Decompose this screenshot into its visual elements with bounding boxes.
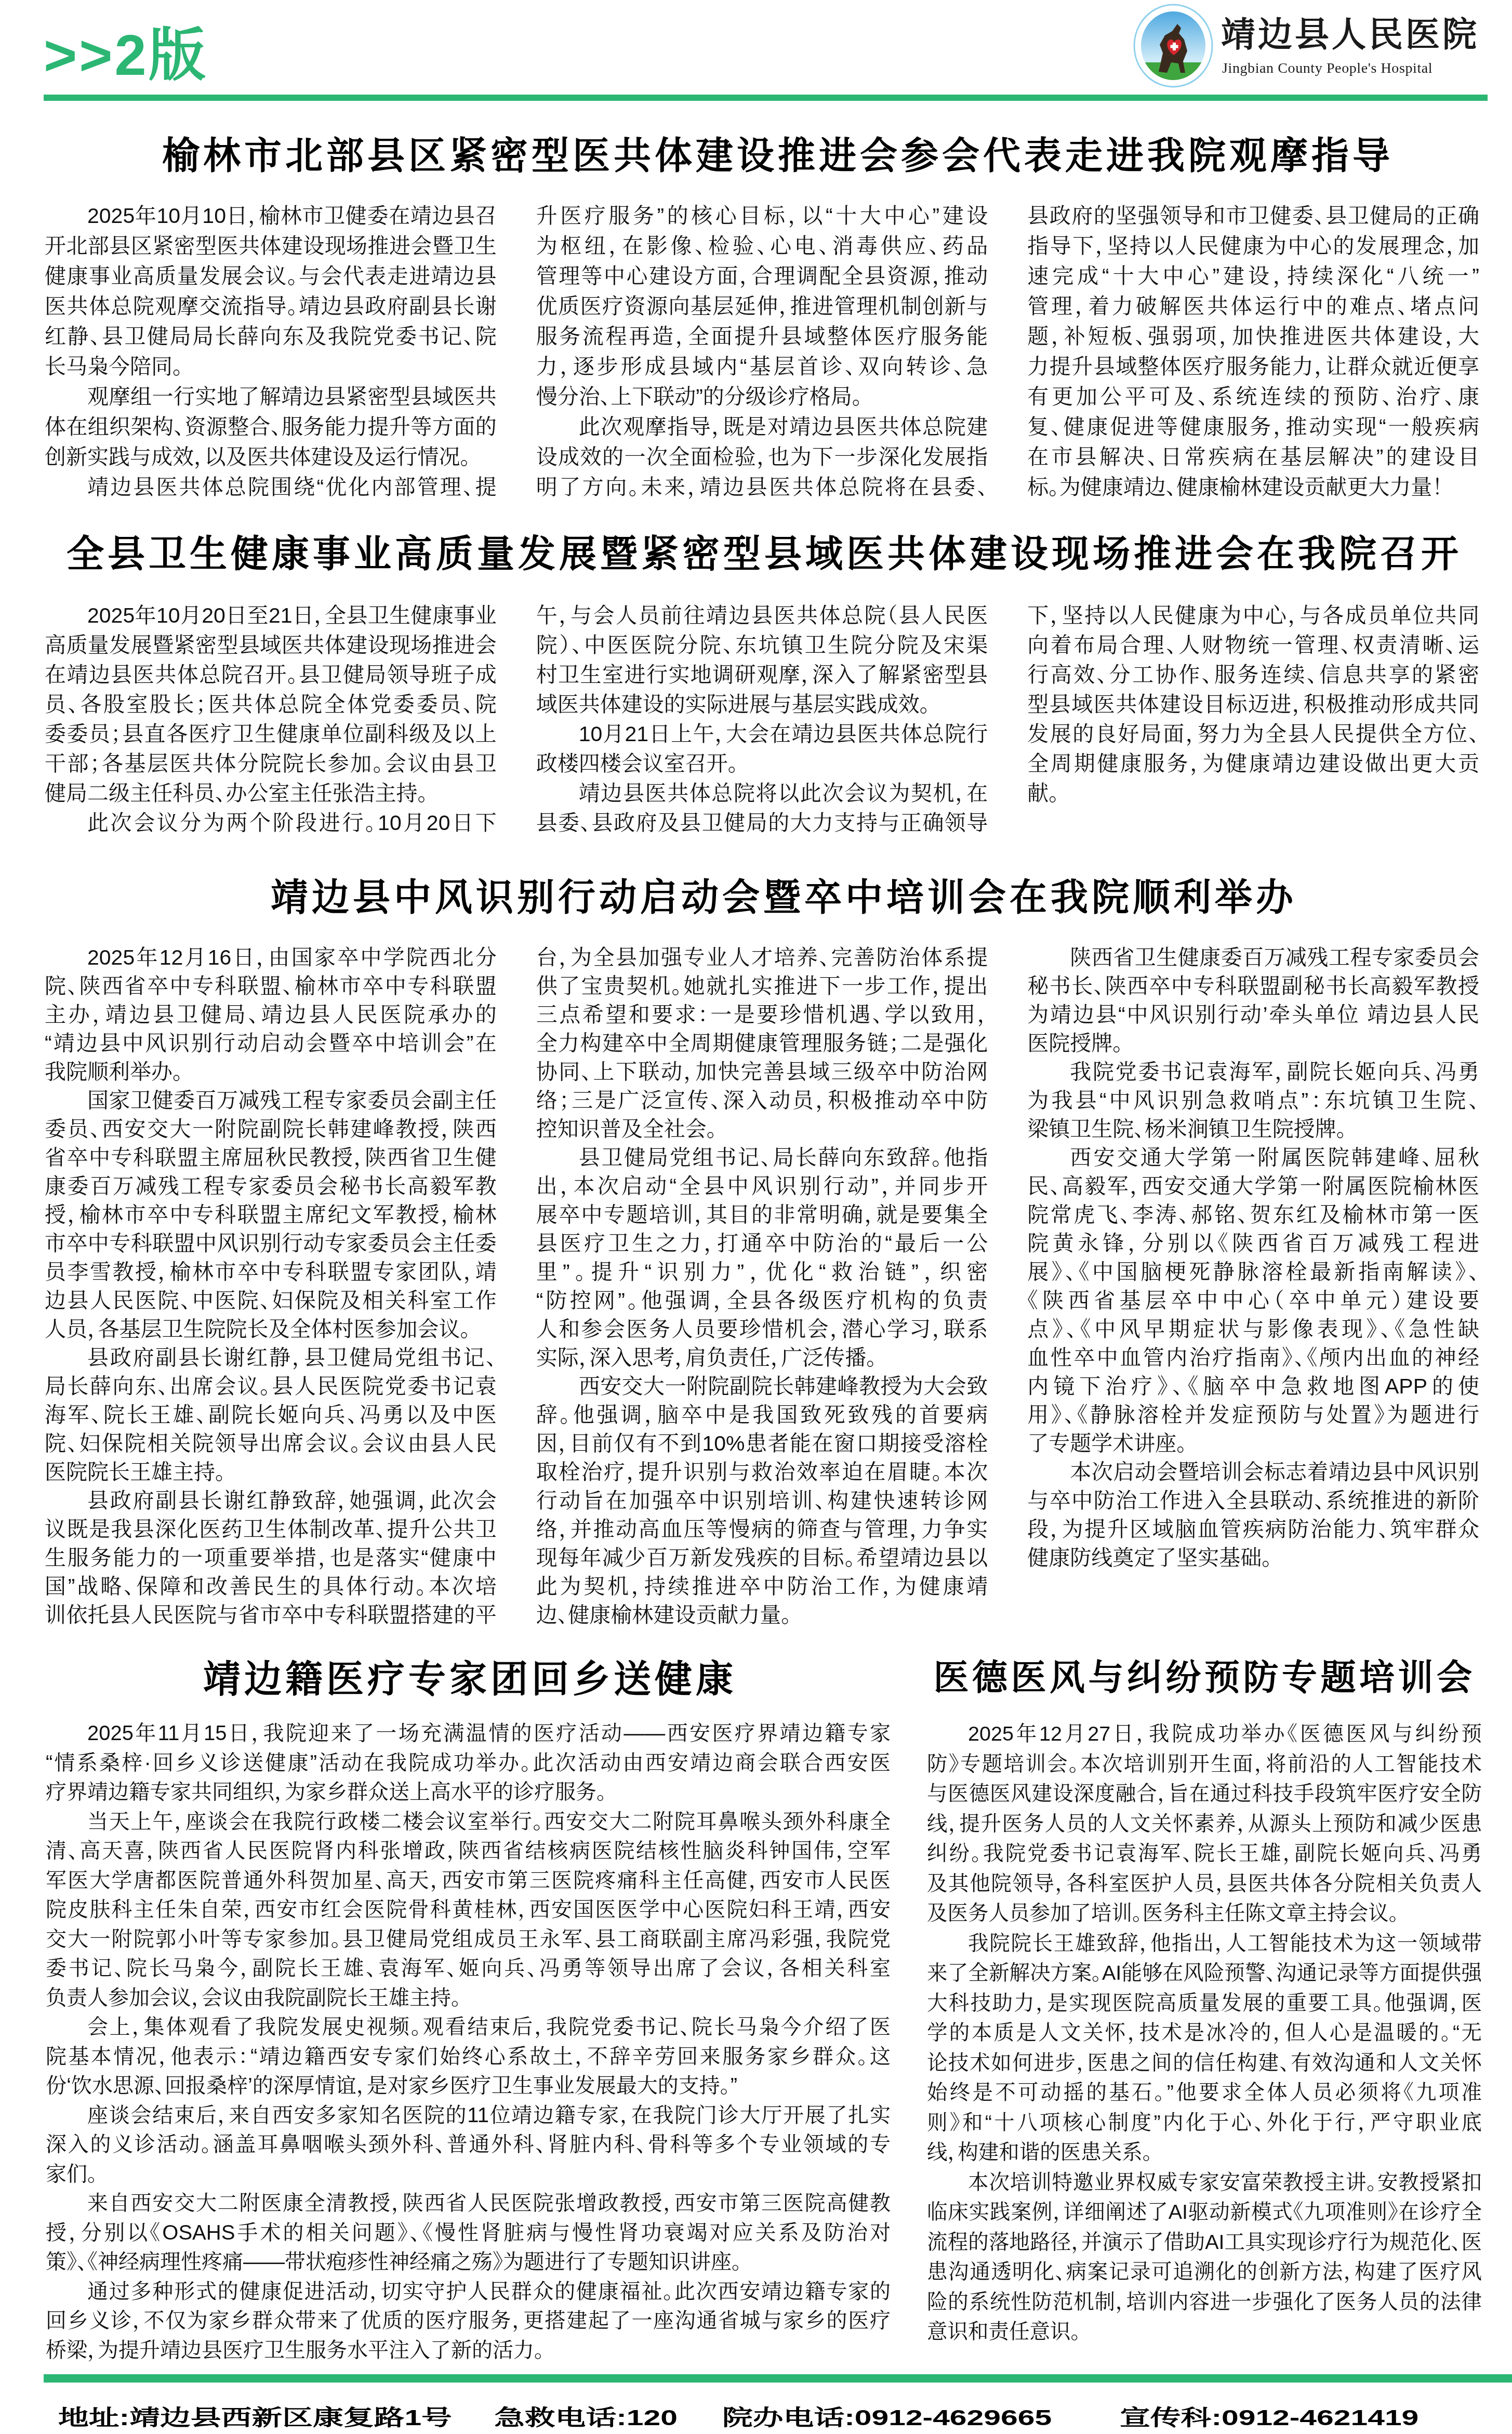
text-line: 我院党委书记袁海军，副院长姬向兵、冯勇 <box>1027 1058 1479 1086</box>
text-line: 险的系统性防范机制，培训内容进一步强化了医务人员的法律 <box>927 2287 1482 2318</box>
text-line: 《陕西省基层卒中中心（卒中单元）建设要 <box>1027 1286 1479 1315</box>
text-line: 村卫生室进行实地调研观摩，深入了解紧密型县 <box>536 660 988 690</box>
text-line: 协同、上下联动，加快完善县域三级卒中防治网 <box>536 1058 988 1086</box>
paragraph: 西安交大一附院副院长韩建峰教授为大会致辞。他强调，脑卒中是我国致死致残的首要病因… <box>536 1372 988 1629</box>
text-line: 通过多种形式的健康促进活动，切实守护人民群众的健康福祉。此次西安靖边籍专家的 <box>46 2277 891 2307</box>
text-line: 主办，靖边县卫健局、靖边县人民医院承办的 <box>45 1001 497 1029</box>
text-line: 议既是我县深化医药卫生体制改革、提升公共卫 <box>45 1515 497 1544</box>
text-line: 份‘饮水思源、回报桑梓’的深厚情谊，是对家乡医疗卫生事业发展最大的支持。” <box>46 2071 891 2101</box>
text-line: 秘书长、陕西卒中专科联盟副秘书长高毅军教授 <box>1027 972 1479 1001</box>
paragraph: 来自西安交大二附医康全清教授，陕西省人民医院张增政教授，西安市第三医院高健教授，… <box>46 2189 891 2277</box>
text-line: 国家卫健委百万减残工程专家委员会副主任 <box>45 1086 497 1115</box>
text-line: 在市县解决、日常疾病在基层解决”的建设目 <box>1027 442 1479 472</box>
text-line: 院、妇保院相关院领导出席会议。会议由县人民 <box>45 1429 497 1458</box>
text-line: 为我县“中风识别急救哨点”：东坑镇卫生院、 <box>1027 1086 1479 1115</box>
paragraph: 2025年10月10日，榆林市卫健委在靖边县召开北部县区紧密型医共体建设现场推进… <box>45 201 497 381</box>
text-line: 红静、县卫健局局长薛向东及我院党委书记、院 <box>45 321 497 351</box>
text-line: 内镜下治疗》、《脑卒中急救地图APP的使 <box>1027 1372 1479 1401</box>
paragraph: 我院党委书记袁海军，副院长姬向兵、冯勇为我县“中风识别急救哨点”：东坑镇卫生院、… <box>1027 1058 1479 1143</box>
text-line: 院黄永锋，分别以《陕西省百万减残工程进 <box>1027 1229 1479 1258</box>
text-line: 大科技助力，是实现医院高质量发展的重要工具。他强调，医 <box>927 1989 1482 2019</box>
text-line: 政楼四楼会议室召开。 <box>536 749 988 779</box>
paragraph: 本次启动会暨培训会标志着靖边县中风识别与卒中防治工作进入全县联动、系统推进的新阶… <box>1027 1458 1479 1572</box>
text-line: 此次观摩指导，既是对靖边县医共体总院建 <box>536 412 988 442</box>
text-line: 慢分治、上下联动”的分级诊疗格局。 <box>536 381 988 412</box>
text-line: 员、各股室股长；医共体总院全体党委委员、院 <box>45 690 497 719</box>
text-line: 靖边县医共体总院将以此次会议为契机，在 <box>536 779 988 808</box>
footer-publicity-phone: 宣传科:0912-4621419 <box>1120 2406 1418 2429</box>
text-line: 授，分别以《OSAHS手术的相关问题》、《慢性肾脏病与慢性肾功衰竭对应关系及防治… <box>46 2218 891 2248</box>
paragraph: 座谈会结束后，来自西安多家知名医院的11位靖边籍专家，在我院门诊大厅开展了扎实深… <box>46 2101 891 2189</box>
paragraph: 2025年10月20日至21日，全县卫生健康事业高质量发展暨紧密型县域医共体建设… <box>45 601 497 808</box>
text-line: 我院顺利举办。 <box>45 1058 497 1086</box>
footer-office-phone: 院办电话:0912-4629665 <box>722 2406 1052 2429</box>
text-line: 全力构建卒中全周期健康管理服务链；二是强化 <box>536 1029 988 1058</box>
paragraph: 通过多种形式的健康促进活动，切实守护人民群众的健康福祉。此次西安靖边籍专家的回乡… <box>46 2277 891 2365</box>
text-line: 速完成“十大中心”建设，持续深化“八统一” <box>1027 261 1479 291</box>
text-line: 健康防线奠定了坚实基础。 <box>1027 1544 1479 1572</box>
text-line: 体在组织架构、资源整合、服务能力提升等方面的 <box>45 412 497 442</box>
text-line: 与医德医风建设深度融合，旨在通过科技手段筑牢医疗安全防 <box>927 1779 1482 1809</box>
text-line: 来了全新解决方案。AI能够在风险预警、沟通记录等方面提供强 <box>927 1958 1482 1989</box>
text-line: 院常虎飞、李涛、郝铭、贺东红及榆林市第一医 <box>1027 1201 1479 1229</box>
text-line: 观摩组一行实地了解靖边县紧密型县域医共 <box>45 381 497 412</box>
text-line: 当天上午，座谈会在我院行政楼二楼会议室举行。西安交大二附院耳鼻喉头颈外科康全 <box>46 1807 891 1837</box>
text-line: 县政府副县长谢红静，县卫健局党组书记、 <box>45 1344 497 1372</box>
text-line: 线，构建和谐的医患关系。 <box>927 2138 1482 2168</box>
text-line: 人员，各基层卫生院院长及全体村医参加会议。 <box>45 1315 497 1344</box>
article-4-body: 2025年11月15日，我院迎来了一场充满温情的医疗活动——西安医疗界靖边籍专家… <box>46 1719 891 2365</box>
hospital-name-cn: 靖边县人民医院 <box>1221 15 1479 56</box>
text-line: 实际，深入思考，肩负责任，广泛传播。 <box>536 1344 988 1372</box>
article-5-body: 2025年12月27日，我院成功举办《医德医风与纠纷预防》专题培训会。本次培训别… <box>927 1719 1482 2347</box>
text-line: 清、高天喜，陕西省人民医院肾内科张增政，陕西省结核病医院结核性脑炎科钟国伟，空军 <box>46 1836 891 1866</box>
article-1-title: 榆林市北部县区紧密型医共体建设推进会参会代表走进我院观摩指导 <box>156 135 1400 177</box>
hospital-emblem-icon <box>1133 3 1214 88</box>
text-line: 三点希望和要求：一是要珍惜机遇、学以致用， <box>536 1001 988 1029</box>
text-line: 线，提升医务人员的人文关怀素养，从源头上预防和减少医患 <box>927 1809 1482 1839</box>
text-line: 医共体总院观摩交流指导。靖边县政府副县长谢 <box>45 291 497 321</box>
text-line: 医院授牌。 <box>1027 1029 1479 1058</box>
text-line: 午，与会人员前往靖边县医共体总院（县人民医 <box>536 601 988 630</box>
text-line: 则》和“十八项核心制度”内化于心、外化于行，严守职业底 <box>927 2108 1482 2138</box>
text-line: 市卒中专科联盟中风识别行动专家委员会主任委 <box>45 1229 497 1258</box>
text-line: 院、陕西省卒中专科联盟、榆林市卒中专科联盟 <box>45 972 497 1001</box>
text-line: 生服务能力的一项重要举措，也是落实“健康中 <box>45 1544 497 1572</box>
text-line: 局长薛向东、出席会议。县人民医院党委书记袁 <box>45 1372 497 1401</box>
text-line: 与卒中防治工作进入全县联动、系统推进的新阶 <box>1027 1486 1479 1515</box>
text-line: 为靖边县“中风识别行动’牵头单位 靖边县人民 <box>1027 1001 1479 1029</box>
text-line: 控知识普及全社会。 <box>536 1115 988 1143</box>
text-line: 训依托县人民医院与省市卒中专科联盟搭建的平 <box>45 1601 497 1629</box>
text-line: 服务流程再造，全面提升县域整体医疗服务能 <box>536 321 988 351</box>
paragraph: 县卫健局党组书记、局长薛向东致辞。他指出，本次启动“全县中风识别行动”，并同步开… <box>536 1143 988 1372</box>
text-line: 始终是不可动摇的基石。”他要求全体人员必须将《九项准 <box>927 2078 1482 2108</box>
text-line: 边县人民医院、中医院、妇保院及相关科室工作 <box>45 1286 497 1315</box>
text-line: 题，补短板、强弱项，加快推进医共体建设，大 <box>1027 321 1479 351</box>
text-line: 2025年12月27日，我院成功举办《医德医风与纠纷预 <box>927 1719 1482 1749</box>
text-line: 西安交大一附院副院长韩建峰教授为大会致 <box>536 1372 988 1401</box>
text-line: 优质医疗资源向基层延伸，推进管理机制创新与 <box>536 291 988 321</box>
text-line: 向着布局合理、人财物统一管理、权责清晰、运 <box>1027 630 1479 660</box>
footer-emergency-phone: 急救电话:120 <box>494 2406 678 2429</box>
paragraph: 10月21日上午，大会在靖边县医共体总院行政楼四楼会议室召开。 <box>536 719 988 779</box>
text-line: 海军、院长王雄、副院长姬向兵、冯勇以及中医 <box>45 1401 497 1429</box>
text-line: 军医大学唐都医院普通外科贺加星、高天，西安市第三医院疼痛科主任高健，西安市人民医 <box>46 1866 891 1896</box>
text-line: 2025年10月20日至21日，全县卫生健康事业 <box>45 601 497 630</box>
text-line: 络；三是广泛宣传、深入动员，积极推动卒中防 <box>536 1086 988 1115</box>
text-line: 县医疗卫生之力，打通卒中防治的“最后一公 <box>536 1229 988 1258</box>
text-line: 出，本次启动“全县中风识别行动”，并同步开 <box>536 1172 988 1201</box>
text-line: 行动旨在加强卒中识别培训、构建快速转诊网 <box>536 1486 988 1515</box>
text-line: “靖边县中风识别行动启动会暨卒中培训会”在 <box>45 1029 497 1058</box>
text-line: 梁镇卫生院、杨米涧镇卫生院授牌。 <box>1027 1115 1479 1143</box>
text-line: 健局二级主任科员、办公室主任张浩主持。 <box>45 779 497 808</box>
text-line: 靖边县医共体总院围绕“优化内部管理、提 <box>45 472 497 502</box>
paragraph: 本次培训特邀业界权威专家安富荣教授主讲。安教授紧扣临床实践案例，详细阐述了AI驱… <box>927 2168 1482 2347</box>
text-line: 因，目前仅有不到10%患者能在窗口期接受溶栓 <box>536 1429 988 1458</box>
text-line: 2025年11月15日，我院迎来了一场充满温情的医疗活动——西安医疗界靖边籍专家 <box>46 1719 891 1748</box>
text-line: 管理等中心建设方面，合理调配全县资源，推动 <box>536 261 988 291</box>
text-line: 论技术如何进步，医患之间的信任构建、有效沟通和人文关怀 <box>927 2048 1482 2078</box>
text-line: 授，榆林市卒中专科联盟主席纪文军教授，榆林 <box>45 1201 497 1229</box>
text-line: 交大一附院郭小叶等专家参加。县卫健局党组成员王永军、县工商联副主席冯彩强，我院党 <box>46 1925 891 1954</box>
text-line: 展》、《中国脑梗死静脉溶栓最新指南解读》、 <box>1027 1258 1479 1286</box>
text-line: 干部；各基层医共体分院院长参加。会议由县卫 <box>45 749 497 779</box>
text-line: 现每年减少百万新发残疾的目标。希望靖边县以 <box>536 1544 988 1572</box>
text-line: 西安交通大学第一附属医院韩建峰、屈秋 <box>1027 1143 1479 1172</box>
text-line: 边、健康榆林建设贡献力量。 <box>536 1601 988 1629</box>
paragraph: 2025年11月15日，我院迎来了一场充满温情的医疗活动——西安医疗界靖边籍专家… <box>46 1719 891 1807</box>
text-line: 2025年12月16日，由国家卒中学院西北分 <box>45 943 497 972</box>
text-line: 委委员；县直各医疗卫生健康单位副科级及以上 <box>45 719 497 749</box>
text-line: 献。 <box>1027 779 1479 808</box>
text-line: 院）、中医医院分院、东坑镇卫生院分院及宋渠 <box>536 630 988 660</box>
text-line: 络，并推动高血压等慢病的筛查与管理，力争实 <box>536 1515 988 1544</box>
text-line: 国”战略、保障和改善民生的具体行动。本次培 <box>45 1572 497 1601</box>
text-line: 此次会议分为两个阶段进行。10月20日下 <box>45 808 497 838</box>
text-line: 管理，着力破解医共体运行中的难点、堵点问 <box>1027 291 1479 321</box>
text-line: 纠纷。我院党委书记袁海军、院长王雄，副院长姬向兵、冯勇 <box>927 1839 1482 1869</box>
article-2-title: 全县卫生健康事业高质量发展暨紧密型县域医共体建设现场推进会在我院召开 <box>60 533 1468 575</box>
text-line: 全周期健康服务，为健康靖边建设做出更大贡 <box>1027 749 1479 779</box>
text-line: 展卒中专题培训，其目的非常明确，就是要集全 <box>536 1201 988 1229</box>
article-3-body: 2025年12月16日，由国家卒中学院西北分院、陕西省卒中专科联盟、榆林市卒中专… <box>45 943 1479 1634</box>
text-line: 此为契机，持续推进卒中防治工作，为健康靖 <box>536 1572 988 1601</box>
header-divider <box>44 95 1488 101</box>
paragraph: 会上，集体观看了我院发展史视频。观看结束后，我院党委书记、院长马枭今介绍了医院基… <box>46 2012 891 2101</box>
text-line: 台，为全县加强专业人才培养、完善防治体系提 <box>536 943 988 972</box>
text-line: 深入的义诊活动。涵盖耳鼻咽喉头颈外科、普通外科、肾脏内科、骨科等多个专业领域的专 <box>46 2130 891 2160</box>
text-line: 流程的落地路径，并演示了借助AI工具实现诊疗行为规范化、医 <box>927 2228 1482 2258</box>
text-line: 复、健康促进等健康服务，推动实现“一般疾病 <box>1027 412 1479 442</box>
text-line: 行高效、分工协作、服务连续、信息共享的紧密 <box>1027 660 1479 690</box>
paragraph: 陕西省卫生健康委百万减残工程专家委员会秘书长、陕西卒中专科联盟副秘书长高毅军教授… <box>1027 943 1479 1058</box>
paragraph: 观摩组一行实地了解靖边县紧密型县域医共体在组织架构、资源整合、服务能力提升等方面… <box>45 381 497 472</box>
paragraph: 国家卫健委百万减残工程专家委员会副主任委员、西安交大一附院副院长韩建峰教授，陕西… <box>45 1086 497 1344</box>
text-line: 康委百万减残工程专家委员会秘书长高毅军教 <box>45 1172 497 1201</box>
text-line: 供了宝贵契机。她就扎实推进下一步工作，提出 <box>536 972 988 1001</box>
footer-address: 地址:靖边县西新区康复路1号 <box>58 2406 452 2429</box>
text-line: 下，坚持以人民健康为中心，与各成员单位共同 <box>1027 601 1479 630</box>
article-5-title: 医德医风与纠纷预防专题培训会 <box>933 1657 1476 1699</box>
paragraph: 我院院长王雄致辞，他指出，人工智能技术为这一领域带来了全新解决方案。AI能够在风… <box>927 1929 1482 2168</box>
footer-divider <box>44 2374 1512 2383</box>
text-line: 县卫健局党组书记、局长薛向东致辞。他指 <box>536 1143 988 1172</box>
text-line: 院基本情况，他表示：“靖边籍西安专家们始终心系故土，不辞辛劳回来服务家乡群众。这 <box>46 2042 891 2072</box>
text-line: 长马枭今陪同。 <box>45 351 497 381</box>
text-line: 疗界靖边籍专家共同组织，为家乡群众送上高水平的诊疗服务。 <box>46 1778 891 1807</box>
text-line: 了专题学术讲座。 <box>1027 1429 1479 1458</box>
text-line: 用》、《静脉溶栓并发症预防与处置》为题进行 <box>1027 1401 1479 1429</box>
text-line: 升医疗服务”的核心目标，以“十大中心”建设 <box>536 201 988 231</box>
text-line: 力提升县域整体医疗服务能力，让群众就近便享 <box>1027 351 1479 381</box>
text-line: “情系桑梓·回乡义诊送健康”活动在我院成功举办。此次活动由西安靖边商会联合西安医 <box>46 1748 891 1778</box>
hospital-name-en: Jingbian County People's Hospital <box>1222 60 1433 77</box>
text-line: 段，为提升区域脑血管疾病防治能力、筑牢群众 <box>1027 1515 1479 1544</box>
text-line: 力，逐步形成县域内“基层首诊、双向转诊、急 <box>536 351 988 381</box>
text-line: 为枢纽，在影像、检验、心电、消毒供应、药品 <box>536 231 988 261</box>
text-line: 及其他院领导，各科室医护人员，县医共体各分院相关负责人 <box>927 1869 1482 1899</box>
text-line: 本次培训特邀业界权威专家安富荣教授主讲。安教授紧扣 <box>927 2168 1482 2198</box>
text-line: 县政府副县长谢红静致辞，她强调，此次会 <box>45 1486 497 1515</box>
text-line: 委书记、院长马枭今，副院长王雄、袁海军、姬向兵、冯勇等领导出席了会议，各相关科室 <box>46 1954 891 1983</box>
article-2-body: 2025年10月20日至21日，全县卫生健康事业高质量发展暨紧密型县域医共体建设… <box>45 601 1479 842</box>
text-line: 县政府的坚强领导和市卫健委、县卫健局的正确 <box>1027 201 1479 231</box>
text-line: 县委、县政府及县卫健局的大力支持与正确领导 <box>536 808 988 838</box>
article-1-body: 2025年10月10日，榆林市卫健委在靖边县召开北部县区紧密型医共体建设现场推进… <box>45 201 1479 506</box>
paragraph: 当天上午，座谈会在我院行政楼二楼会议室举行。西安交大二附院耳鼻喉头颈外科康全清、… <box>46 1807 891 2013</box>
text-line: 及医务人员参加了培训。医务科主任陈文章主持会议。 <box>927 1899 1482 1929</box>
text-line: “防控网”。他强调，全县各级医疗机构的负责 <box>536 1286 988 1315</box>
text-line: 设成效的一次全面检验，也为下一步深化发展指 <box>536 442 988 472</box>
text-line: 血性卒中血管内治疗指南》、《颅内出血的神经 <box>1027 1344 1479 1372</box>
text-line: 来自西安交大二附医康全清教授，陕西省人民医院张增政教授，西安市第三医院高健教 <box>46 2189 891 2218</box>
paragraph: 县政府副县长谢红静，县卫健局党组书记、局长薛向东、出席会议。县人民医院党委书记袁… <box>45 1344 497 1486</box>
text-line: 有更加公平可及、系统连续的预防、治疗、康 <box>1027 381 1479 412</box>
text-line: 会上，集体观看了我院发展史视频。观看结束后，我院党委书记、院长马枭今介绍了医 <box>46 2012 891 2042</box>
paragraph: 西安交通大学第一附属医院韩建峰、屈秋民、高毅军，西安交通大学第一附属医院榆林医院… <box>1027 1143 1479 1458</box>
edition-label: >>2版 <box>44 27 208 84</box>
text-line: 型县域医共体建设目标迈进，积极推动形成共同 <box>1027 690 1479 719</box>
text-line: 我院院长王雄致辞，他指出，人工智能技术为这一领域带 <box>927 1929 1482 1959</box>
text-line: 里”。提升“识别力”，优化“救治链”，织密 <box>536 1258 988 1286</box>
text-line: 开北部县区紧密型医共体建设现场推进会暨卫生 <box>45 231 497 261</box>
text-line: 省卒中专科联盟主席屈秋民教授，陕西省卫生健 <box>45 1143 497 1172</box>
emblem-graphic <box>1133 3 1214 88</box>
text-line: 防》专题培训会。本次培训别开生面，将前沿的人工智能技术 <box>927 1749 1482 1780</box>
text-line: 取栓治疗，提升识别与救治效率迫在眉睫。本次 <box>536 1458 988 1486</box>
paragraph: 2025年12月27日，我院成功举办《医德医风与纠纷预防》专题培训会。本次培训别… <box>927 1719 1482 1929</box>
text-line: 负责人参加会议，会议由我院副院长王雄主持。 <box>46 1983 891 2013</box>
text-line: 标。为健康靖边、健康榆林建设贡献更大力量！ <box>1027 472 1479 502</box>
text-line: 人和参会医务人员要珍惜机会，潜心学习，联系 <box>536 1315 988 1344</box>
text-line: 学的本质是人文关怀，技术是冰冷的，但人心是温暖的。“无 <box>927 2018 1482 2048</box>
text-line: 点》、《中风早期症状与影像表现》、《急性缺 <box>1027 1315 1479 1344</box>
text-line: 回乡义诊，不仅为家乡群众带来了优质的医疗服务，更搭建起了一座沟通省城与家乡的医疗 <box>46 2306 891 2336</box>
text-line: 院皮肤科主任朱自荣，西安市红会医院骨科黄桂林，西安国医医学中心医院妇科王靖，西安 <box>46 1895 891 1925</box>
text-line: 高质量发展暨紧密型县域医共体建设现场推进会 <box>45 630 497 660</box>
text-line: 座谈会结束后，来自西安多家知名医院的11位靖边籍专家，在我院门诊大厅开展了扎实 <box>46 2101 891 2130</box>
text-line: 患沟通透明化、病案记录可追溯化的创新方法，构建了医疗风 <box>927 2257 1482 2287</box>
text-line: 委员、西安交大一附院副院长韩建峰教授，陕西 <box>45 1115 497 1143</box>
text-line: 10月21日上午，大会在靖边县医共体总院行 <box>536 719 988 749</box>
text-line: 员李雪教授，榆林市卒中专科联盟专家团队，靖 <box>45 1258 497 1286</box>
text-line: 临床实践案例，详细阐述了AI驱动新模式《九项准则》在诊疗全 <box>927 2198 1482 2228</box>
article-4-title: 靖边籍医疗专家团回乡送健康 <box>203 1659 733 1700</box>
text-line: 明了方向。未来，靖边县医共体总院将在县委、 <box>536 472 988 502</box>
text-line: 民、高毅军，西安交通大学第一附属医院榆林医 <box>1027 1172 1479 1201</box>
text-line: 发展的良好局面，努力为全县人民提供全方位、 <box>1027 719 1479 749</box>
text-line: 医院院长王雄主持。 <box>45 1458 497 1486</box>
text-line: 域医共体建设的实际进展与基层实践成效。 <box>536 690 988 719</box>
text-line: 在靖边县医共体总院召开。县卫健局领导班子成 <box>45 660 497 690</box>
text-line: 创新实践与成效，以及医共体建设及运行情况。 <box>45 442 497 472</box>
text-line: 策》、《神经病理性疼痛——带状疱疹性神经痛之殇》为题进行了专题知识讲座。 <box>46 2247 891 2277</box>
text-line: 陕西省卫生健康委百万减残工程专家委员会 <box>1027 943 1479 972</box>
text-line: 家们。 <box>46 2160 891 2189</box>
paragraph: 2025年12月16日，由国家卒中学院西北分院、陕西省卒中专科联盟、榆林市卒中专… <box>45 943 497 1086</box>
text-line: 辞。他强调，脑卒中是我国致死致残的首要病 <box>536 1401 988 1429</box>
text-line: 2025年10月10日，榆林市卫健委在靖边县召 <box>45 201 497 231</box>
text-line: 本次启动会暨培训会标志着靖边县中风识别 <box>1027 1458 1479 1486</box>
text-line: 指导下，坚持以人民健康为中心的发展理念，加 <box>1027 231 1479 261</box>
text-line: 桥梁，为提升靖边县医疗卫生服务水平注入了新的活力。 <box>46 2336 891 2365</box>
text-line: 意识和责任意识。 <box>927 2317 1482 2347</box>
article-3-title: 靖边县中风识别行动启动会暨卒中培训会在我院顺利举办 <box>271 877 1295 918</box>
text-line: 健康事业高质量发展会议。与会代表走进靖边县 <box>45 261 497 291</box>
